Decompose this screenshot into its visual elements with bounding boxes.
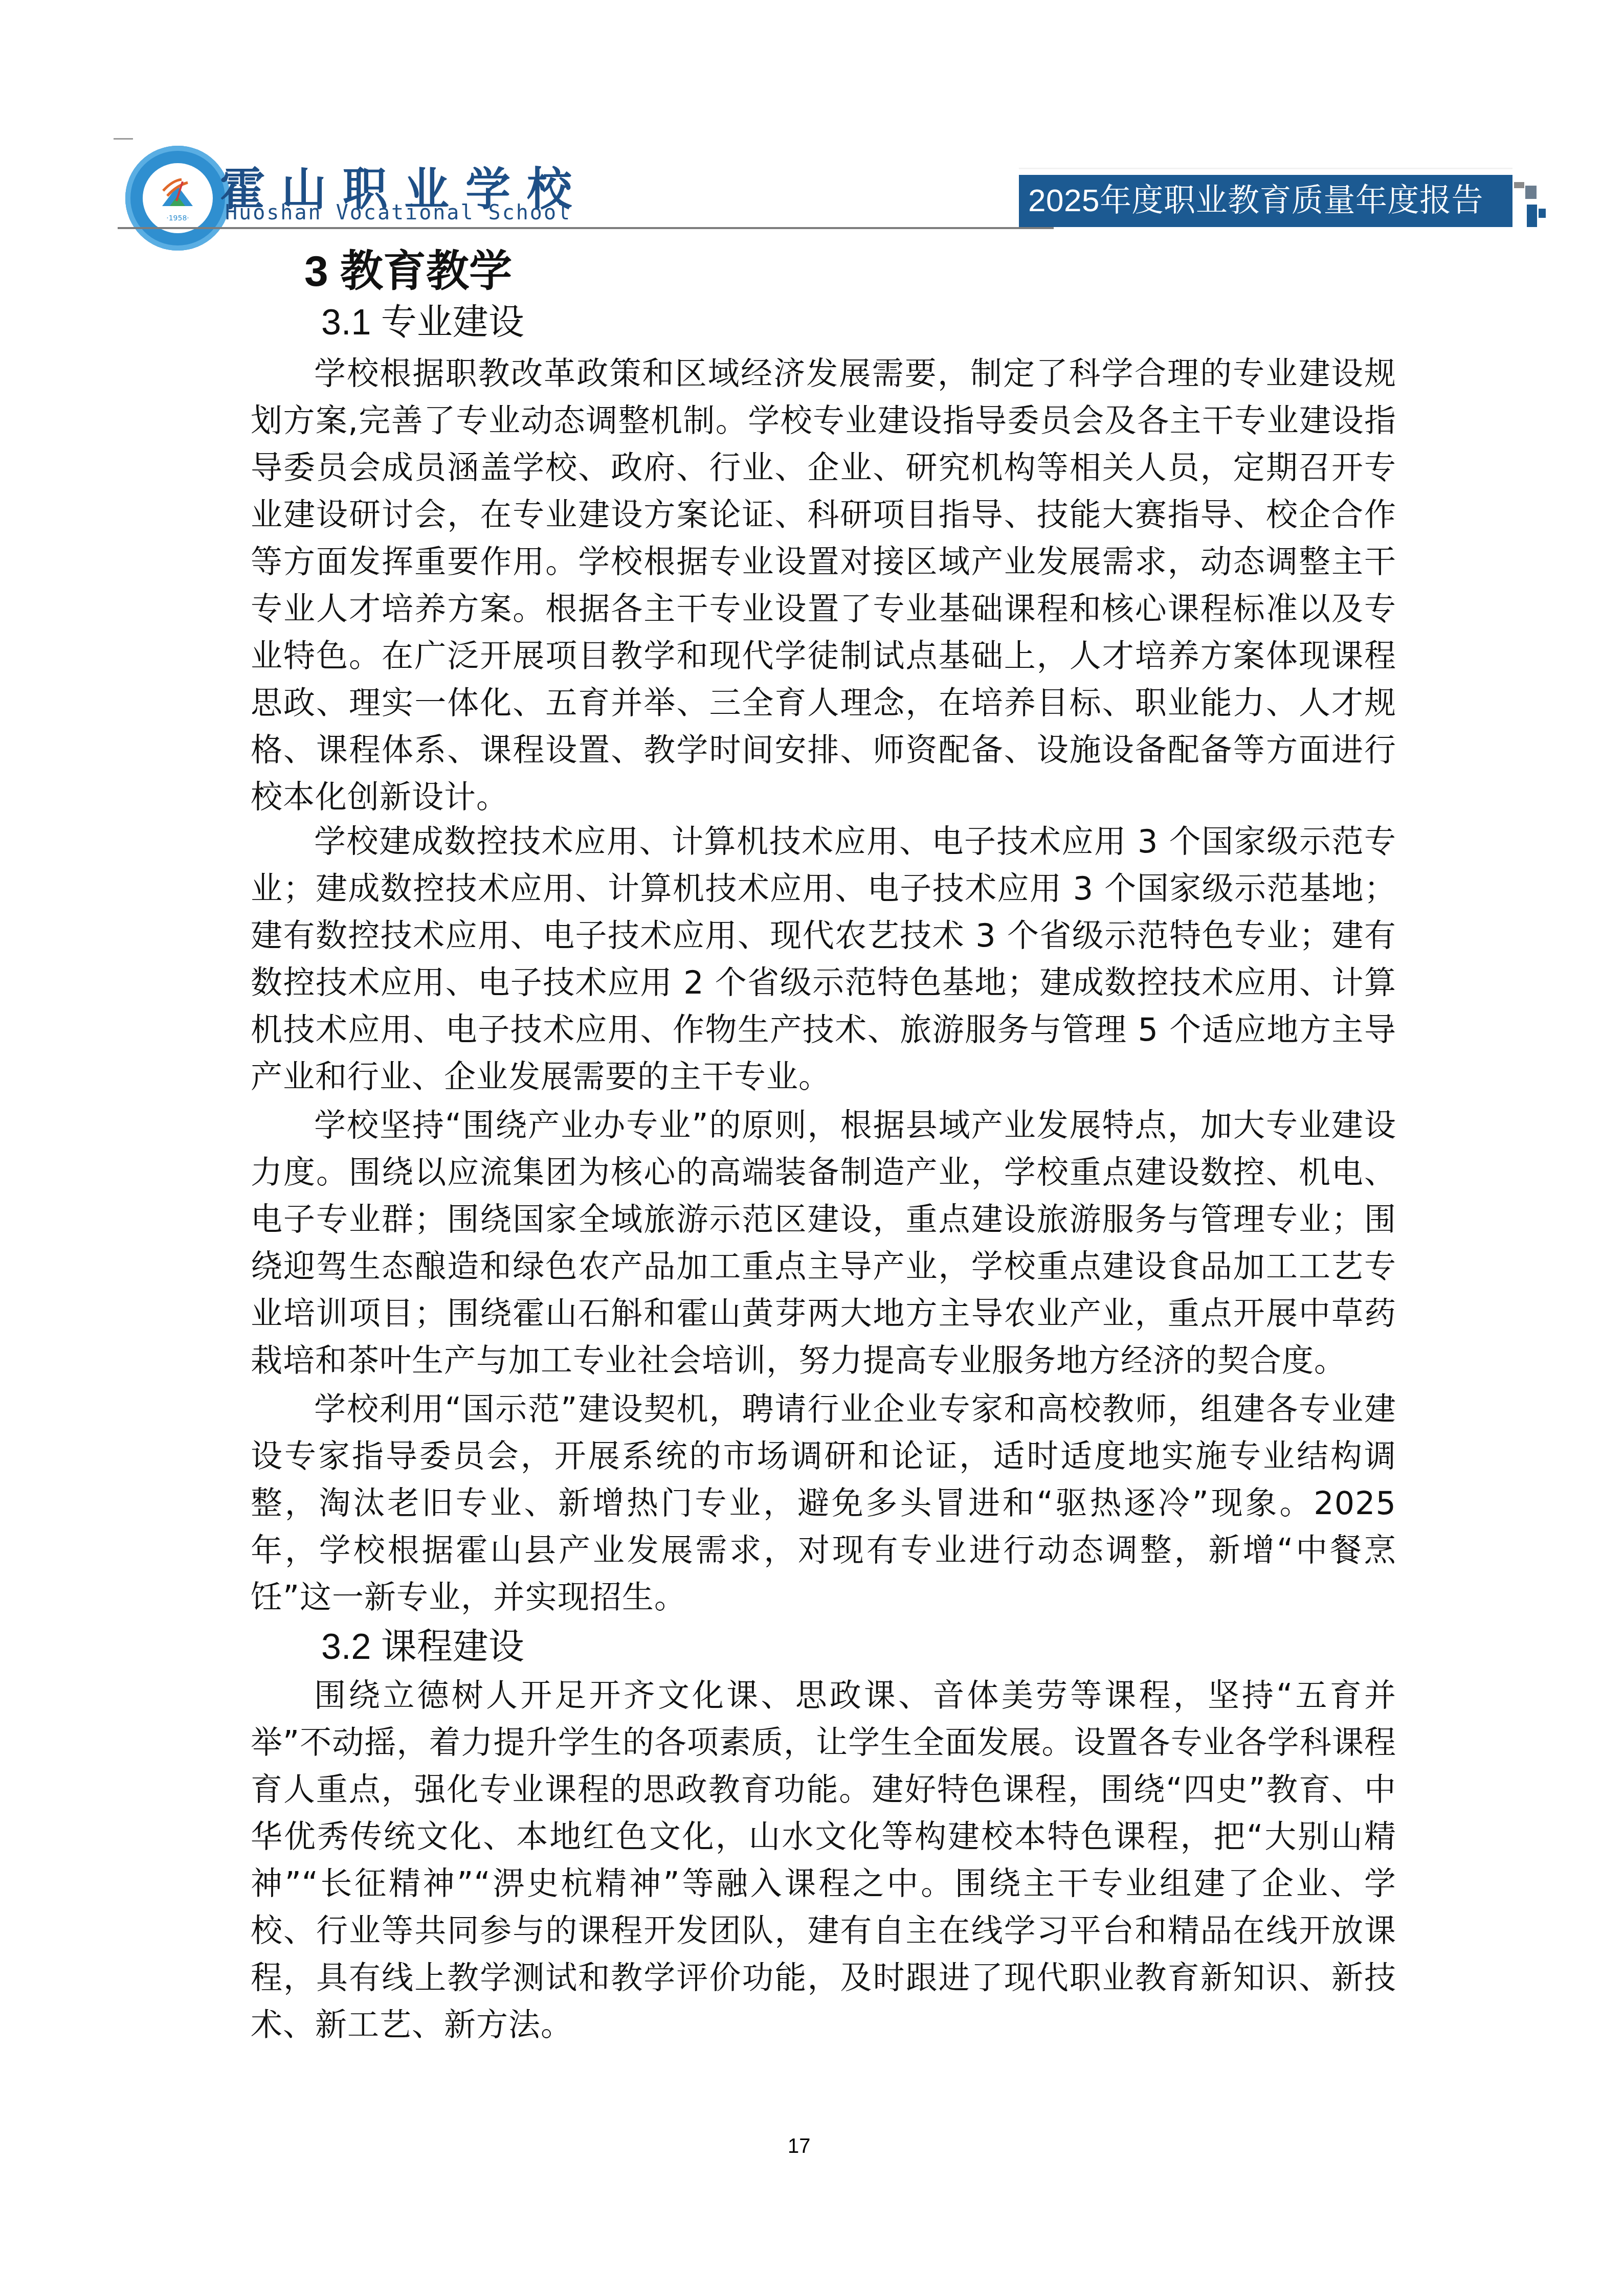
logo-mark-icon bbox=[157, 175, 198, 211]
paragraph: 围绕立德树人开足开齐文化课、思政课、音体美劳等课程，坚持“五育并举”不动摇，着力… bbox=[251, 1672, 1396, 2049]
logo-year: ·1958· bbox=[143, 214, 213, 222]
header-accent-line bbox=[114, 138, 133, 140]
page-number: 17 bbox=[788, 2135, 811, 2158]
paragraph: 学校利用“国示范”建设契机，聘请行业企业专家和高校教师，组建各专业建设专家指导委… bbox=[251, 1386, 1396, 1621]
report-title: 2025年度职业教育质量年度报告 bbox=[1019, 175, 1512, 227]
chapter-title: 3 教育教学 bbox=[304, 240, 512, 302]
paragraph: 学校建成数控技术应用、计算机技术应用、电子技术应用 3 个国家级示范专业；建成数… bbox=[251, 818, 1396, 1100]
school-logo-icon: ·1958· bbox=[125, 146, 230, 251]
report-title-banner: 2025年度职业教育质量年度报告 bbox=[1019, 175, 1512, 227]
page-header: ·1958· 霍山职业学校 Huoshan Vocational School … bbox=[0, 0, 1624, 240]
header-divider bbox=[118, 227, 1054, 229]
paragraph: 学校坚持“围绕产业办专业”的原则，根据县域产业发展特点，加大专业建设力度。围绕以… bbox=[251, 1102, 1396, 1384]
decor-square-icon bbox=[1525, 186, 1537, 199]
school-name-en: Huoshan Vocational School bbox=[225, 201, 571, 224]
logo-emblem: ·1958· bbox=[143, 163, 213, 233]
section-title-3-2: 3.2 课程建设 bbox=[321, 1621, 524, 1672]
decor-square-icon bbox=[1527, 205, 1537, 227]
decor-square-icon bbox=[1539, 209, 1546, 218]
banner-top-line bbox=[1019, 168, 1512, 169]
decor-square-icon bbox=[1514, 182, 1524, 188]
section-title-3-1: 3.1 专业建设 bbox=[321, 297, 524, 348]
paragraph: 学校根据职教改革政策和区域经济发展需要，制定了科学合理的专业建设规划方案,完善了… bbox=[251, 350, 1396, 821]
